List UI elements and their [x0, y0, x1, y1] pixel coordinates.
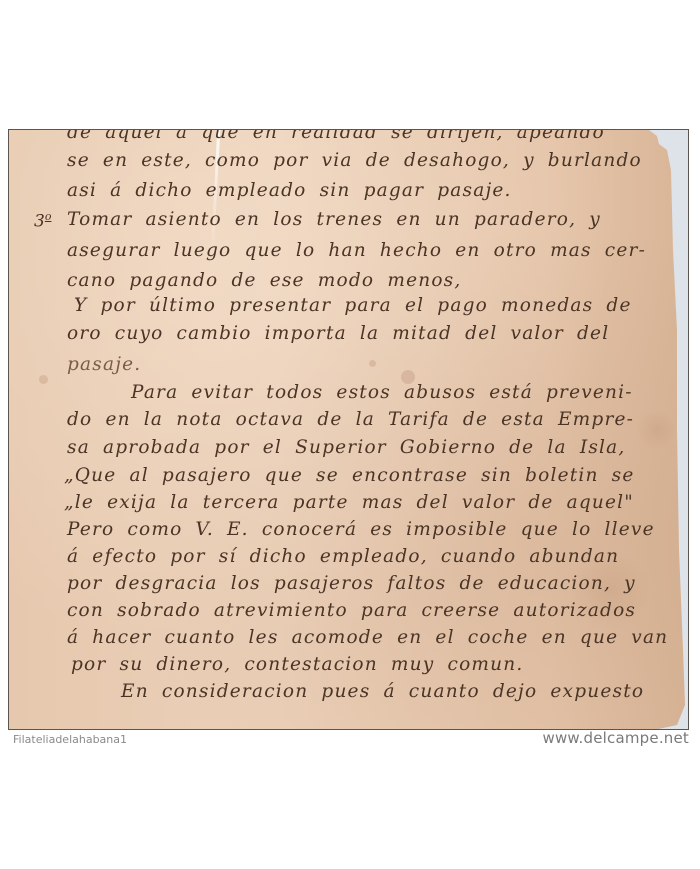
text-line: Pero como V. E. conocerá es imposible qu…	[67, 519, 655, 540]
text-line: Para evitar todos estos abusos está prev…	[131, 382, 633, 403]
text-line: asegurar luego que lo han hecho en otro …	[67, 240, 646, 261]
text-line: sa aprobada por el Superior Gobierno de …	[67, 437, 625, 458]
text-line: do en la nota octava de la Tarifa de est…	[67, 409, 634, 430]
text-line: oro cuyo cambio importa la mitad del val…	[67, 323, 609, 344]
text-line: por desgracia los pasajeros faltos de ed…	[67, 573, 636, 594]
text-line: á hacer cuanto les acomode en el coche e…	[67, 627, 668, 648]
site-watermark: www.delcampe.net	[543, 729, 690, 747]
handwritten-text: de aquel á que en realidad se dirijen, a…	[9, 130, 685, 730]
document-image-frame: de aquel á que en realidad se dirijen, a…	[8, 129, 689, 730]
text-line: por su dinero, contestacion muy comun.	[71, 654, 523, 675]
text-line: á efecto por sí dicho empleado, cuando a…	[67, 546, 619, 567]
text-line: asi á dicho empleado sin pagar pasaje.	[67, 180, 512, 201]
text-line: de aquel á que en realidad se dirijen, a…	[67, 129, 605, 143]
text-line: Y por último presentar para el pago mone…	[74, 295, 632, 316]
text-line: „Que al pasajero que se encontrase sin b…	[64, 465, 635, 486]
text-line: cano pagando de ese modo menos,	[67, 270, 461, 291]
text-line: se en este, como por via de desahogo, y …	[67, 150, 642, 171]
item-number-marker: 3o	[34, 210, 51, 232]
text-line: pasaje.	[67, 354, 141, 375]
text-line: En consideracion pues á cuanto dejo expu…	[121, 681, 644, 702]
text-line: con sobrado atrevimiento para creerse au…	[67, 600, 636, 621]
text-line: „le exija la tercera parte mas del valor…	[64, 492, 634, 513]
text-line: Tomar asiento en los trenes en un parade…	[67, 209, 601, 230]
seller-name: Filateliadelahabana1	[13, 733, 127, 746]
